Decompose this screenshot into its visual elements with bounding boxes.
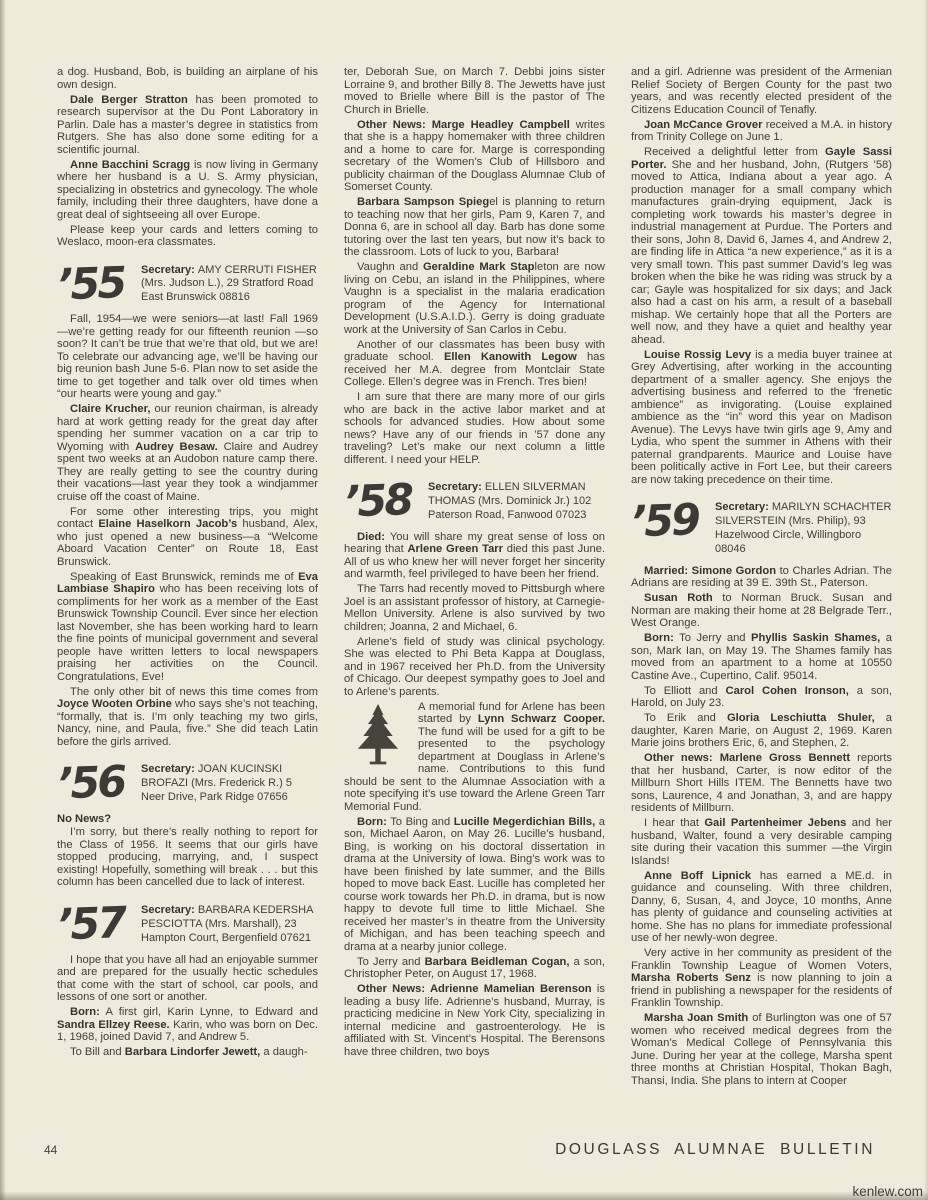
bold-name-run: Other news: Marlene Gross Bennett bbox=[644, 752, 850, 764]
bold-name-run: Joyce Wooten Orbine bbox=[57, 698, 172, 710]
text-run: Vaughn and bbox=[357, 261, 423, 273]
bold-name-run: Born: bbox=[644, 632, 674, 644]
bold-name-run: Secretary: bbox=[428, 481, 485, 493]
bold-name-run: Born: bbox=[70, 1006, 100, 1018]
paragraph: Susan Roth to Norman Bruck. Susan and No… bbox=[631, 592, 892, 630]
paragraph: The only other bit of news this time com… bbox=[57, 686, 318, 749]
class-year-numeral: ’55 bbox=[56, 261, 141, 307]
class-section-header-55: ’55Secretary: AMY CERRUTI FISHER (Mrs. J… bbox=[57, 263, 318, 306]
text-run: The Tarrs had recently moved to Pittsbur… bbox=[344, 583, 605, 633]
secretary-address: Secretary: MARILYN SCHACHTER SILVERSTEIN… bbox=[715, 500, 892, 557]
text-run: I’m sorry, but there’s really nothing to… bbox=[57, 826, 318, 888]
text-run: To Elliott and bbox=[644, 685, 726, 697]
bold-name-run: Audrey Besaw. bbox=[135, 441, 218, 453]
paragraph: Born: A first girl, Karin Lynne, to Edwa… bbox=[57, 1006, 318, 1044]
paragraph: I hope that you have all had an enjoyabl… bbox=[57, 954, 318, 1004]
bold-name-run: Joan McCance Grover bbox=[644, 119, 762, 131]
paragraph: Very active in her community as presiden… bbox=[631, 947, 892, 1010]
bold-name-run: Lynn Schwarz Cooper. bbox=[478, 713, 605, 725]
column-right: and a girl. Adrienne was president of th… bbox=[631, 66, 892, 1090]
text-run: Fall, 1954—we were seniors—at last! Fall… bbox=[57, 313, 318, 400]
text-run: She and her husband, John, (Rutgers ’58)… bbox=[631, 159, 892, 346]
bold-name-run: Gloria Leschiutta Shuler, bbox=[727, 712, 875, 724]
text-run: a daugh- bbox=[260, 1046, 307, 1058]
bold-name-run: Geraldine Mark Stap bbox=[423, 261, 535, 273]
paragraph: Fall, 1954—we were seniors—at last! Fall… bbox=[57, 313, 318, 401]
class-section-header-56: ’56Secretary: JOAN KUCINSKI BROFAZI (Mrs… bbox=[57, 762, 318, 805]
paragraph: Received a delightful letter from Gayle … bbox=[631, 146, 892, 346]
text-run: I am sure that there are many more of ou… bbox=[344, 391, 605, 466]
bold-name-run: Gail Partenheimer Jebens bbox=[704, 817, 846, 829]
column-middle: ter, Deborah Sue, on March 7. Debbi join… bbox=[344, 66, 605, 1090]
paragraph: Other News: Adrienne Mamelian Berenson i… bbox=[344, 983, 605, 1058]
column-subhead: No News? bbox=[57, 813, 318, 826]
bold-name-run: Marsha Joan Smith bbox=[644, 1012, 748, 1024]
text-run: Received a delightful letter from bbox=[644, 146, 825, 158]
secretary-address: Secretary: AMY CERRUTI FISHER (Mrs. Juds… bbox=[141, 263, 318, 306]
bold-name-run: Marsha Roberts Senz bbox=[631, 972, 751, 984]
text-run: Very active in her community as presiden… bbox=[631, 947, 892, 972]
text-run: To Bill and bbox=[70, 1046, 125, 1058]
bold-name-run: Barbara Lindorfer Jewett, bbox=[125, 1046, 261, 1058]
paragraph: Another of our classmates has been busy … bbox=[344, 339, 605, 389]
bulletin-title: DOUGLASS ALUMNAE BULLETIN bbox=[555, 1141, 875, 1159]
text-run: To Jerry and bbox=[674, 632, 751, 644]
text-run: A first girl, Karin Lynne, to Edward and bbox=[100, 1006, 318, 1018]
text-run: ter, Deborah Sue, on March 7. Debbi join… bbox=[344, 66, 605, 116]
bold-name-run: Secretary: bbox=[715, 501, 772, 513]
secretary-address: Secretary: BARBARA KEDERSHA PESCIOTTA (M… bbox=[141, 903, 318, 946]
bold-name-run: Dale Berger Stratton bbox=[70, 94, 188, 106]
paragraph: and a girl. Adrienne was president of th… bbox=[631, 66, 892, 116]
paragraph: Died: You will share my great sense of l… bbox=[344, 531, 605, 581]
bold-name-run: Died: bbox=[357, 531, 385, 543]
secretary-address: Secretary: ELLEN SILVERMAN THOMAS (Mrs. … bbox=[428, 480, 605, 523]
paragraph: Speaking of East Brunswick, reminds me o… bbox=[57, 571, 318, 684]
paragraph: To Elliott and Carol Cohen Ironson, a so… bbox=[631, 685, 892, 710]
paragraph: Barbara Sampson Spiegel is planning to r… bbox=[344, 196, 605, 259]
text-run: Arlene’s field of study was clinical psy… bbox=[344, 636, 605, 698]
page-footer: 44 DOUGLASS ALUMNAE BULLETIN bbox=[44, 1141, 875, 1159]
paragraph: For some other interesting trips, you mi… bbox=[57, 506, 318, 569]
bold-name-run: Susan Roth bbox=[644, 592, 713, 604]
paragraph: The Tarrs had recently moved to Pittsbur… bbox=[344, 583, 605, 633]
paragraph: A memorial fund for Arlene has been star… bbox=[344, 701, 605, 814]
bold-name-run: Phyllis Saskin Shames, bbox=[751, 632, 880, 644]
text-run: To Erik and bbox=[644, 712, 727, 724]
text-run: I hope that you have all had an enjoyabl… bbox=[57, 954, 318, 1004]
text-run: I hear that bbox=[644, 817, 704, 829]
paragraph: Other News: Marge Headley Campbell write… bbox=[344, 119, 605, 194]
three-column-text-area: a dog. Husband, Bob, is building an airp… bbox=[57, 66, 928, 1090]
paragraph: Louise Rossig Levy is a media buyer trai… bbox=[631, 349, 892, 487]
paragraph: Other news: Marlene Gross Bennett report… bbox=[631, 752, 892, 815]
page-number: 44 bbox=[44, 1143, 57, 1157]
bold-name-run: Elaine Haselkorn Jacob’s bbox=[98, 518, 237, 530]
paragraph: I’m sorry, but there’s really nothing to… bbox=[57, 826, 318, 889]
text-run: who has been receiving lots of complimen… bbox=[57, 583, 318, 683]
bold-name-run: Married: Simone Gordon bbox=[644, 565, 776, 577]
secretary-address: Secretary: JOAN KUCINSKI BROFAZI (Mrs. F… bbox=[141, 762, 318, 805]
paragraph: Born: To Jerry and Phyllis Saskin Shames… bbox=[631, 632, 892, 682]
bold-name-run: Carol Cohen Ironson, bbox=[726, 685, 849, 697]
paragraph: Married: Simone Gordon to Charles Adrian… bbox=[631, 565, 892, 590]
bold-name-run: Anne Bacchini Scragg bbox=[70, 159, 190, 171]
class-year-numeral: ’57 bbox=[56, 901, 141, 947]
bold-name-run: Claire Krucher, bbox=[70, 403, 151, 415]
class-year-numeral: ’56 bbox=[56, 761, 141, 807]
paragraph: I am sure that there are many more of ou… bbox=[344, 391, 605, 466]
class-section-header-57: ’57Secretary: BARBARA KEDERSHA PESCIOTTA… bbox=[57, 903, 318, 946]
bold-name-run: Barbara Sampson Spieg bbox=[357, 196, 489, 208]
bulletin-page: a dog. Husband, Bob, is building an airp… bbox=[0, 0, 928, 1200]
text-run: a dog. Husband, Bob, is building an airp… bbox=[57, 66, 318, 91]
bold-name-run: Secretary: bbox=[141, 763, 198, 775]
watermark-text: kenlew.com bbox=[852, 1184, 923, 1199]
paragraph: ter, Deborah Sue, on March 7. Debbi join… bbox=[344, 66, 605, 116]
bold-name-run: Barbara Beidleman Cogan, bbox=[425, 956, 570, 968]
text-run: and a girl. Adrienne was president of th… bbox=[631, 66, 892, 116]
paragraph: a dog. Husband, Bob, is building an airp… bbox=[57, 66, 318, 91]
text-run: Please keep your cards and letters comin… bbox=[57, 224, 318, 249]
class-year-numeral: ’58 bbox=[343, 479, 428, 525]
paragraph: Born: To Bing and Lucille Megerdichian B… bbox=[344, 816, 605, 954]
paragraph: Anne Bacchini Scragg is now living in Ge… bbox=[57, 159, 318, 222]
class-year-numeral: ’59 bbox=[630, 499, 716, 559]
paragraph: Anne Boff Lipnick has earned a ME.d. in … bbox=[631, 870, 892, 945]
paragraph: I hear that Gail Partenheimer Jebens and… bbox=[631, 817, 892, 867]
bold-name-run: Anne Boff Lipnick bbox=[644, 870, 751, 882]
paragraph: Arlene’s field of study was clinical psy… bbox=[344, 636, 605, 699]
bold-name-run: Lucille Megerdichian Bills, bbox=[454, 816, 595, 828]
paragraph: Dale Berger Stratton has been promoted t… bbox=[57, 94, 318, 157]
bold-name-run: Secretary: bbox=[141, 904, 198, 916]
paragraph: To Bill and Barbara Lindorfer Jewett, a … bbox=[57, 1046, 318, 1059]
column-left: a dog. Husband, Bob, is building an airp… bbox=[57, 66, 318, 1090]
text-run: is a media buyer trainee at Grey Adverti… bbox=[631, 349, 892, 486]
text-run: Speaking of East Brunswick, reminds me o… bbox=[70, 571, 298, 583]
text-run: a son, Michael Aaron, on May 26. Lucille… bbox=[344, 816, 605, 953]
paragraph: Please keep your cards and letters comin… bbox=[57, 224, 318, 249]
bold-name-run: Ellen Kanowith Legow bbox=[444, 351, 577, 363]
bold-name-run: Born: bbox=[357, 816, 387, 828]
bold-name-run: Other News: Adrienne Mamelian Berenson bbox=[357, 983, 592, 995]
bold-name-run: Other News: Marge Headley Campbell bbox=[357, 119, 570, 131]
text-run: The only other bit of news this time com… bbox=[70, 686, 318, 698]
text-run: To Jerry and bbox=[357, 956, 425, 968]
paragraph: To Jerry and Barbara Beidleman Cogan, a … bbox=[344, 956, 605, 981]
pine-tree-icon bbox=[350, 704, 406, 768]
class-section-header-58: ’58Secretary: ELLEN SILVERMAN THOMAS (Mr… bbox=[344, 480, 605, 523]
bold-name-run: Arlene Green Tarr bbox=[407, 543, 503, 555]
paragraph: Vaughn and Geraldine Mark Stapleton are … bbox=[344, 261, 605, 336]
paragraph: Marsha Joan Smith of Burlington was one … bbox=[631, 1012, 892, 1087]
bold-name-run: Secretary: bbox=[141, 264, 198, 276]
class-section-header-59: ’59Secretary: MARILYN SCHACHTER SILVERST… bbox=[631, 500, 892, 557]
paragraph: To Erik and Gloria Leschiutta Shuler, a … bbox=[631, 712, 892, 750]
bold-name-run: Sandra Ellzey Reese. bbox=[57, 1019, 170, 1031]
bold-name-run: Louise Rossig Levy bbox=[644, 349, 751, 361]
paragraph: Joan McCance Grover received a M.A. in h… bbox=[631, 119, 892, 144]
paragraph: Claire Krucher, our reunion chairman, is… bbox=[57, 403, 318, 503]
text-run: To Bing and bbox=[387, 816, 454, 828]
